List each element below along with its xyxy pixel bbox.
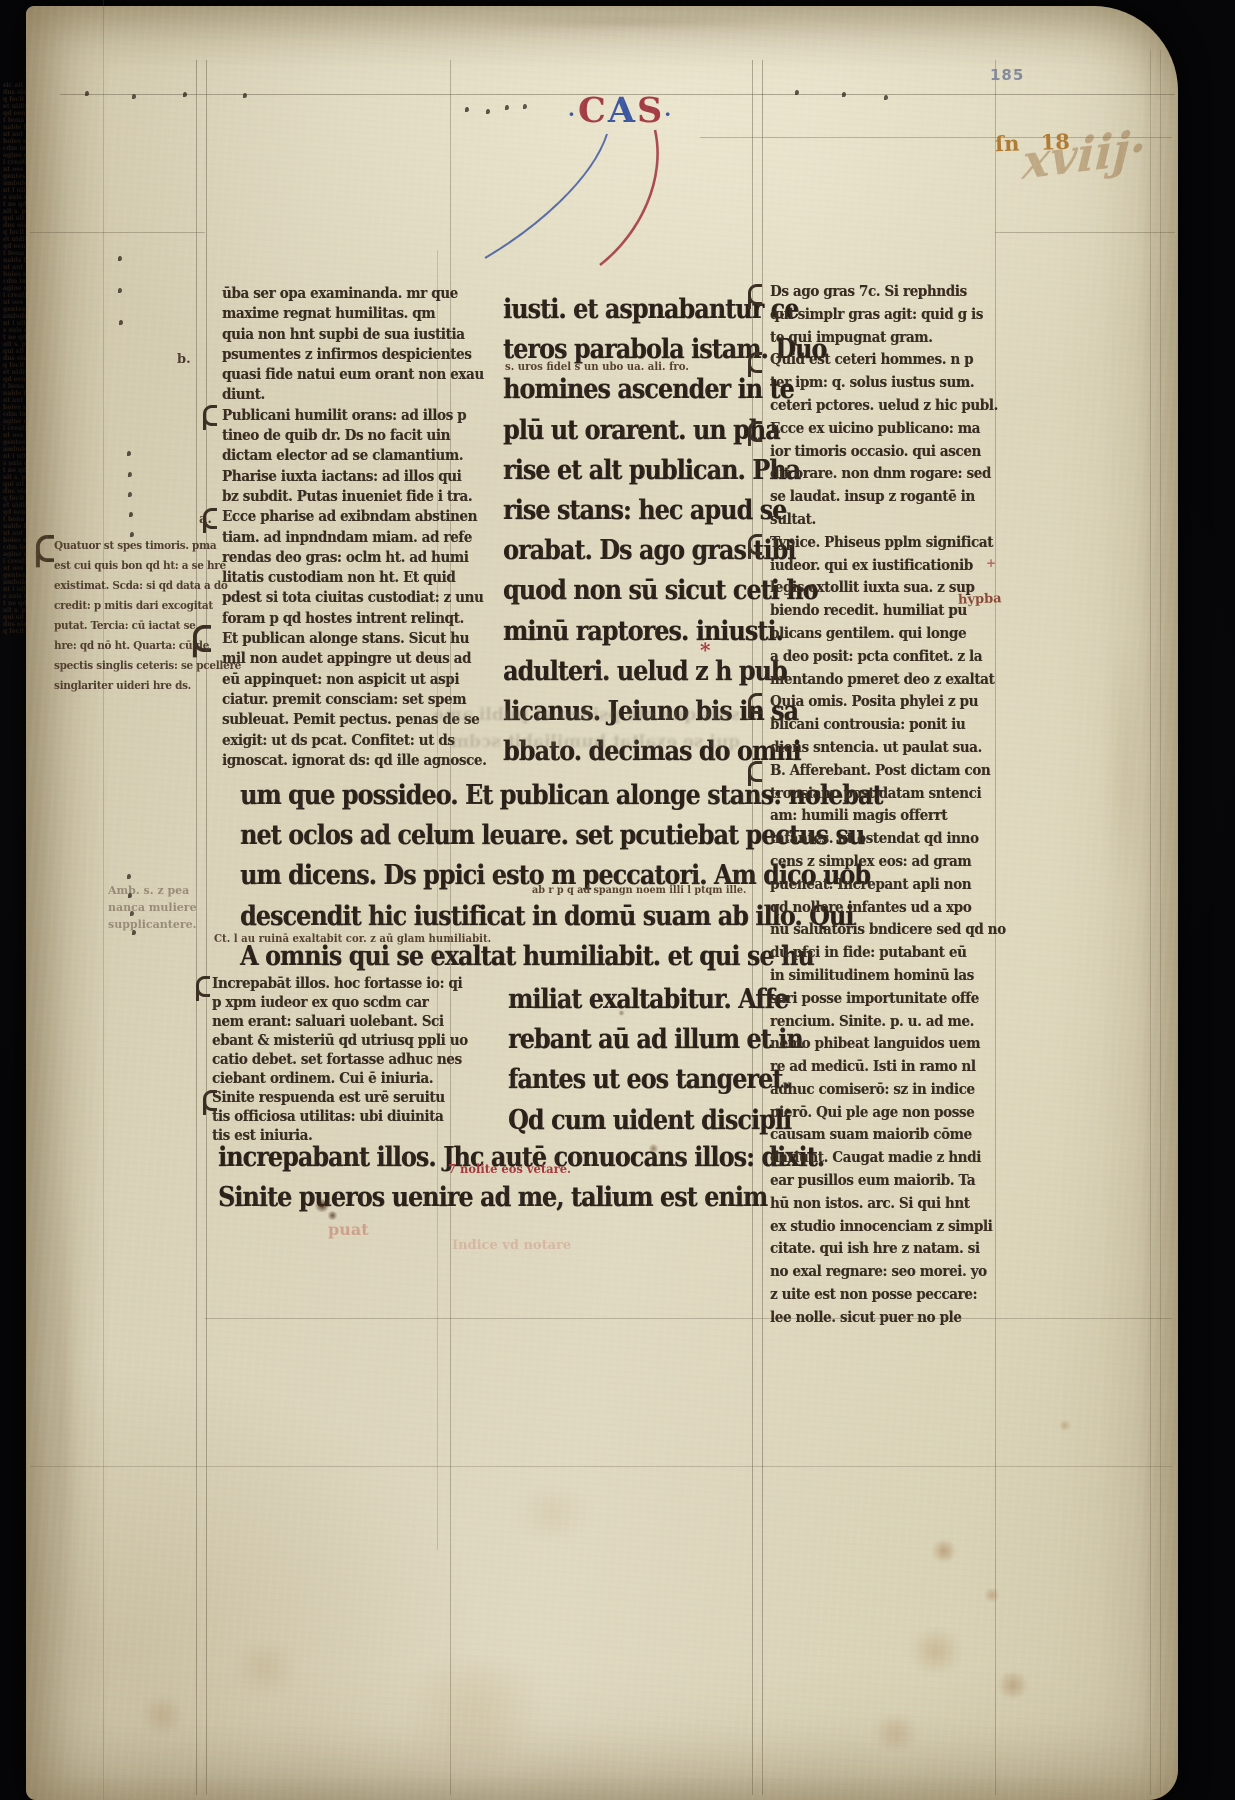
- text-line: ear pusillos eum maiorib. Ta: [770, 1170, 1004, 1193]
- text-line: suis que oia psideo et publi ame: [245, 702, 740, 729]
- text-line: rencium. Sinite. p. u. ad me.: [770, 1011, 1004, 1034]
- text-line: Quatuor st spes timoris. pma: [54, 536, 227, 556]
- margin-gloss-block: Quatuor st spes timoris. pmaest cui quis…: [54, 536, 227, 696]
- text-line: eū appinquet: non aspicit ut aspi: [222, 670, 487, 690]
- text-line: nemo phibeat languidos uem: [770, 1033, 1004, 1056]
- text-line: in similitudinem hominū las: [770, 965, 1004, 988]
- text-line: descendit hic iustificat in domū suam ab…: [240, 897, 768, 937]
- paraph-mark: [748, 352, 762, 373]
- text-line: foram p qd hostes intrent relinqt.: [222, 609, 487, 629]
- prick-mark: [884, 95, 888, 100]
- right-commentary-column: Ds ago gras 7c. Si rephndisqui simplr gr…: [770, 281, 1004, 1330]
- prick-mark: [118, 256, 122, 261]
- text-line: z uite est non posse peccare:: [770, 1284, 1004, 1307]
- right-margin-note: hypba: [958, 591, 1002, 608]
- text-line: cens z simplex eos: ad gram: [770, 851, 1004, 874]
- bleed-through-text: suis que oia psideo et publi amequi se e…: [245, 702, 740, 756]
- prick-mark: [132, 94, 136, 99]
- text-line: hū non istos. arc. Si qui hnt: [770, 1193, 1004, 1216]
- text-line: Quid est ceteri hommes. n p: [770, 349, 1004, 372]
- text-line: Amb. s. z pea: [108, 882, 208, 899]
- text-line: ex studio innocenciam z simpli: [770, 1216, 1004, 1239]
- text-line: Sinite pueros uenire ad me, talium est e…: [218, 1178, 759, 1218]
- text-line: mil non audet appingre ut deus ad: [222, 649, 487, 669]
- text-line: ciebant ordinem. Cui ē iniuria.: [212, 1069, 482, 1088]
- title-dot-icon: ·: [664, 102, 671, 126]
- text-line: psumentes z infirmos despicientes: [222, 345, 487, 365]
- text-line: Qd cum uident discipli: [508, 1101, 759, 1141]
- text-line: net oclos ad celum leuare. set pcutiebat…: [240, 816, 768, 856]
- text-line: adulteri. uelud z h pub: [503, 652, 767, 692]
- text-line: iusti. et aspnabantur ce: [503, 290, 767, 330]
- interlinear-gloss: s. uros fidel s un ubo ua. ali. fro.: [505, 360, 689, 373]
- paraph-mark: [748, 284, 762, 305]
- text-line: quasi fide natui eum orant non exau: [222, 365, 487, 385]
- prick-mark: [85, 91, 89, 96]
- text-line: B. Afferebant. Post dictam con: [770, 760, 1004, 783]
- faded-inscription: Indice vd notare: [452, 1238, 571, 1253]
- running-title-letter: C: [578, 92, 605, 130]
- paraph-mark: [748, 534, 762, 555]
- text-line: pdest si tota ciuitas custodiat: z unu: [222, 588, 487, 608]
- folio-number-pencil: 185: [990, 66, 1024, 84]
- text-line: quia non hnt supbi de sua iustitia: [222, 325, 487, 345]
- faded-inscription: puat: [328, 1220, 369, 1239]
- prick-mark: [127, 874, 131, 879]
- left-commentary-lower: Increpabāt illos. hoc fortasse io: qip x…: [212, 974, 482, 1145]
- text-line: plū ut orarent. un pha: [503, 411, 767, 451]
- text-line: pierō. Qui ple age non posse: [770, 1102, 1004, 1125]
- manuscript-photo: sic ait dns oia q fecit et uidit qd eent…: [0, 0, 1235, 1800]
- text-line: ceteri pctores. uelud z hic publ.: [770, 395, 1004, 418]
- paraph-mark: [748, 761, 762, 782]
- paraph-mark: [748, 421, 762, 442]
- text-line: diunt.: [222, 385, 487, 405]
- paraph-mark: [193, 625, 211, 652]
- facing-page-bleed-text: sic ait dns oia q fecit et uidit qd eent…: [3, 82, 28, 822]
- prick-mark: [465, 107, 469, 112]
- prick-mark: [118, 288, 122, 293]
- text-line: Quia omis. Posita phylei z pu: [770, 691, 1004, 714]
- text-line: Typice. Phiseus pplm significat: [770, 532, 1004, 555]
- paraph-mark: [203, 405, 217, 426]
- prick-mark: [119, 320, 123, 325]
- text-line: ūba ser opa examinanda. mr que: [222, 284, 487, 304]
- prick-mark: [842, 92, 846, 97]
- text-line: qui simplr gras agit: quid g is: [770, 304, 1004, 327]
- text-line: iudeor. qui ex iustificationib: [770, 555, 1004, 578]
- text-line: homines ascender in te: [503, 370, 767, 410]
- text-line: qd nollere infantes ud a xpo: [770, 897, 1004, 920]
- text-line: Publicani humilit orans: ad illos p: [222, 406, 487, 426]
- text-line: est cui quis bon qd ht: a se hre: [54, 556, 227, 576]
- text-line: no exal regnare: seo morei. yo: [770, 1261, 1004, 1284]
- text-line: credit: p mitis dari excogitat: [54, 596, 227, 616]
- text-line: adhuc comiserō: sz in indice: [770, 1079, 1004, 1102]
- text-line: spectis singlis ceteris: se pcellere: [54, 656, 227, 676]
- text-line: citate. qui ish hre z natam. si: [770, 1238, 1004, 1261]
- interlinear-gloss-red: 7 nolite eos vetare.: [448, 1161, 571, 1176]
- margin-note-faded: Amb. s. z peananca mulieresupplicantere.: [108, 882, 208, 933]
- text-line: nanca muliere: [108, 899, 208, 916]
- text-line: maxime regnat humilitas. qm: [222, 304, 487, 324]
- text-line: mentando pmeret deo z exaltat: [770, 669, 1004, 692]
- prick-mark: [129, 512, 133, 517]
- text-line: dū pfci in fide: putabant eū: [770, 942, 1004, 965]
- text-line: supplicantere.: [108, 916, 208, 933]
- text-line: nem erant: saluari uolebant. Sci: [212, 1012, 482, 1031]
- text-line: miliat exaltabitur. Affe: [508, 980, 759, 1020]
- text-line: Ds ago gras 7c. Si rephndis: [770, 281, 1004, 304]
- text-line: existimat. Scda: si qd data a do: [54, 576, 227, 596]
- text-line: nū saluatoris bndicere sed qd no: [770, 919, 1004, 942]
- text-line: Pharise iuxta iactans: ad illos qui: [222, 467, 487, 487]
- text-line: rendas deo gras: oclm ht. ad humi: [222, 548, 487, 568]
- prick-mark: [128, 492, 132, 497]
- title-dot-icon: ·: [568, 102, 575, 126]
- text-line: tis officiosa utilitas: ubi diuinita: [212, 1107, 482, 1126]
- prick-mark: [523, 104, 527, 109]
- text-line: Ecce ex uicino publicano: ma: [770, 418, 1004, 441]
- text-line: am: humili magis offerrt: [770, 805, 1004, 828]
- prick-mark: [127, 451, 131, 456]
- text-line: Sinite respuenda est urē seruitu: [212, 1088, 482, 1107]
- text-line: fantes ut eos tangeret.: [508, 1060, 759, 1100]
- text-line: dit orare. non dnm rogare: sed: [770, 463, 1004, 486]
- interlinear-gloss: Ct. l au ruinā exaltabit cor. z aū glam …: [214, 932, 491, 945]
- text-line: um que possideo. Et publican alonge stan…: [240, 776, 768, 816]
- text-line: bz subdit. Putas inueniet fide i tra.: [222, 487, 487, 507]
- text-line: dariunt. Caugat madie z hndi: [770, 1147, 1004, 1170]
- bible-text-full-width: um que possideo. Et publican alonge stan…: [240, 776, 768, 977]
- text-line: diens sntencia. ut paulat sua.: [770, 737, 1004, 760]
- text-line: rise et alt publican. Pha: [503, 451, 767, 491]
- text-line: pueneat. Increpant apli non: [770, 874, 1004, 897]
- prick-mark: [486, 109, 490, 114]
- text-line: ior timoris occasio. qui ascen: [770, 441, 1004, 464]
- text-line: p xpm iudeor ex quo scdm car: [212, 993, 482, 1012]
- text-line: ebant & misteriū qd utriusq ppli uo: [212, 1031, 482, 1050]
- paraph-mark: [748, 693, 762, 714]
- paraph-mark: [36, 535, 54, 562]
- text-line: minū raptores. iniusti.: [503, 612, 767, 652]
- red-plus-mark: +: [986, 556, 996, 570]
- text-line: litatis custodiam non ht. Et quid: [222, 568, 487, 588]
- text-line: sultat.: [770, 509, 1004, 532]
- margin-letter-b: b.: [177, 352, 191, 367]
- text-line: catio debet. set fortasse adhuc nes: [212, 1050, 482, 1069]
- text-line: dictam elector ad se clamantium.: [222, 446, 487, 466]
- text-line: quod non sū sicut ceti ho: [503, 571, 767, 611]
- text-line: sari posse importunitate offe: [770, 988, 1004, 1011]
- text-line: Et publican alonge stans. Sicut hu: [222, 629, 487, 649]
- text-line: lee nolle. sicut puer no ple: [770, 1307, 1004, 1330]
- text-line: tiam. ad inpndndam miam. ad refe: [222, 528, 487, 548]
- text-line: blicans gentilem. qui longe: [770, 623, 1004, 646]
- paraph-mark: [196, 976, 210, 997]
- text-line: Ecce pharise ad exibndam abstinen: [222, 507, 487, 527]
- running-title-letter: A: [608, 92, 634, 130]
- text-line: trousiam. post datam sntenci: [770, 783, 1004, 806]
- text-line: ter ipm: q. solus iustus sum.: [770, 372, 1004, 395]
- prick-mark: [795, 90, 799, 95]
- running-title-letter: S: [637, 92, 661, 130]
- text-line: rise stans: hec apud se: [503, 491, 767, 531]
- prick-mark: [243, 93, 247, 98]
- text-line: re ad medicū. Isti in ramo nl: [770, 1056, 1004, 1079]
- text-line: infantes. ut ostendat qd inno: [770, 828, 1004, 851]
- text-line: singlariter uideri hre ds.: [54, 676, 227, 696]
- text-line: a deo posit: pcta confitet. z la: [770, 646, 1004, 669]
- bible-text-final-lines: increpabant illos. Jhc autē conuocans il…: [218, 1138, 759, 1218]
- red-cross-mark: *: [700, 638, 710, 662]
- text-line: blicani controusia: ponit iu: [770, 714, 1004, 737]
- left-commentary-column: ūba ser opa examinanda. mr quemaxime reg…: [222, 284, 487, 771]
- text-line: tineo de quib dr. Ds no facit uin: [222, 426, 487, 446]
- text-line: se laudat. insup z rogantē in: [770, 486, 1004, 509]
- interlinear-gloss: ab r p q ad spangn noem illi l ptqm ille…: [532, 884, 746, 896]
- text-line: rebant aū ad illum et in: [508, 1020, 759, 1060]
- running-title: · C A S ·: [568, 92, 671, 130]
- paraph-mark: [203, 508, 217, 529]
- prick-mark: [128, 472, 132, 477]
- text-line: orabat. Ds ago gras tibi: [503, 531, 767, 571]
- text-line: qui se exaltat humiliabit scdm: [245, 729, 740, 756]
- prick-mark: [183, 92, 187, 97]
- text-line: te qui impugnat gram.: [770, 327, 1004, 350]
- prick-mark: [505, 105, 509, 110]
- text-line: causam suam maiorib cōme: [770, 1124, 1004, 1147]
- bible-text-indented: miliat exaltabitur. Afferebant aū ad ill…: [508, 980, 759, 1141]
